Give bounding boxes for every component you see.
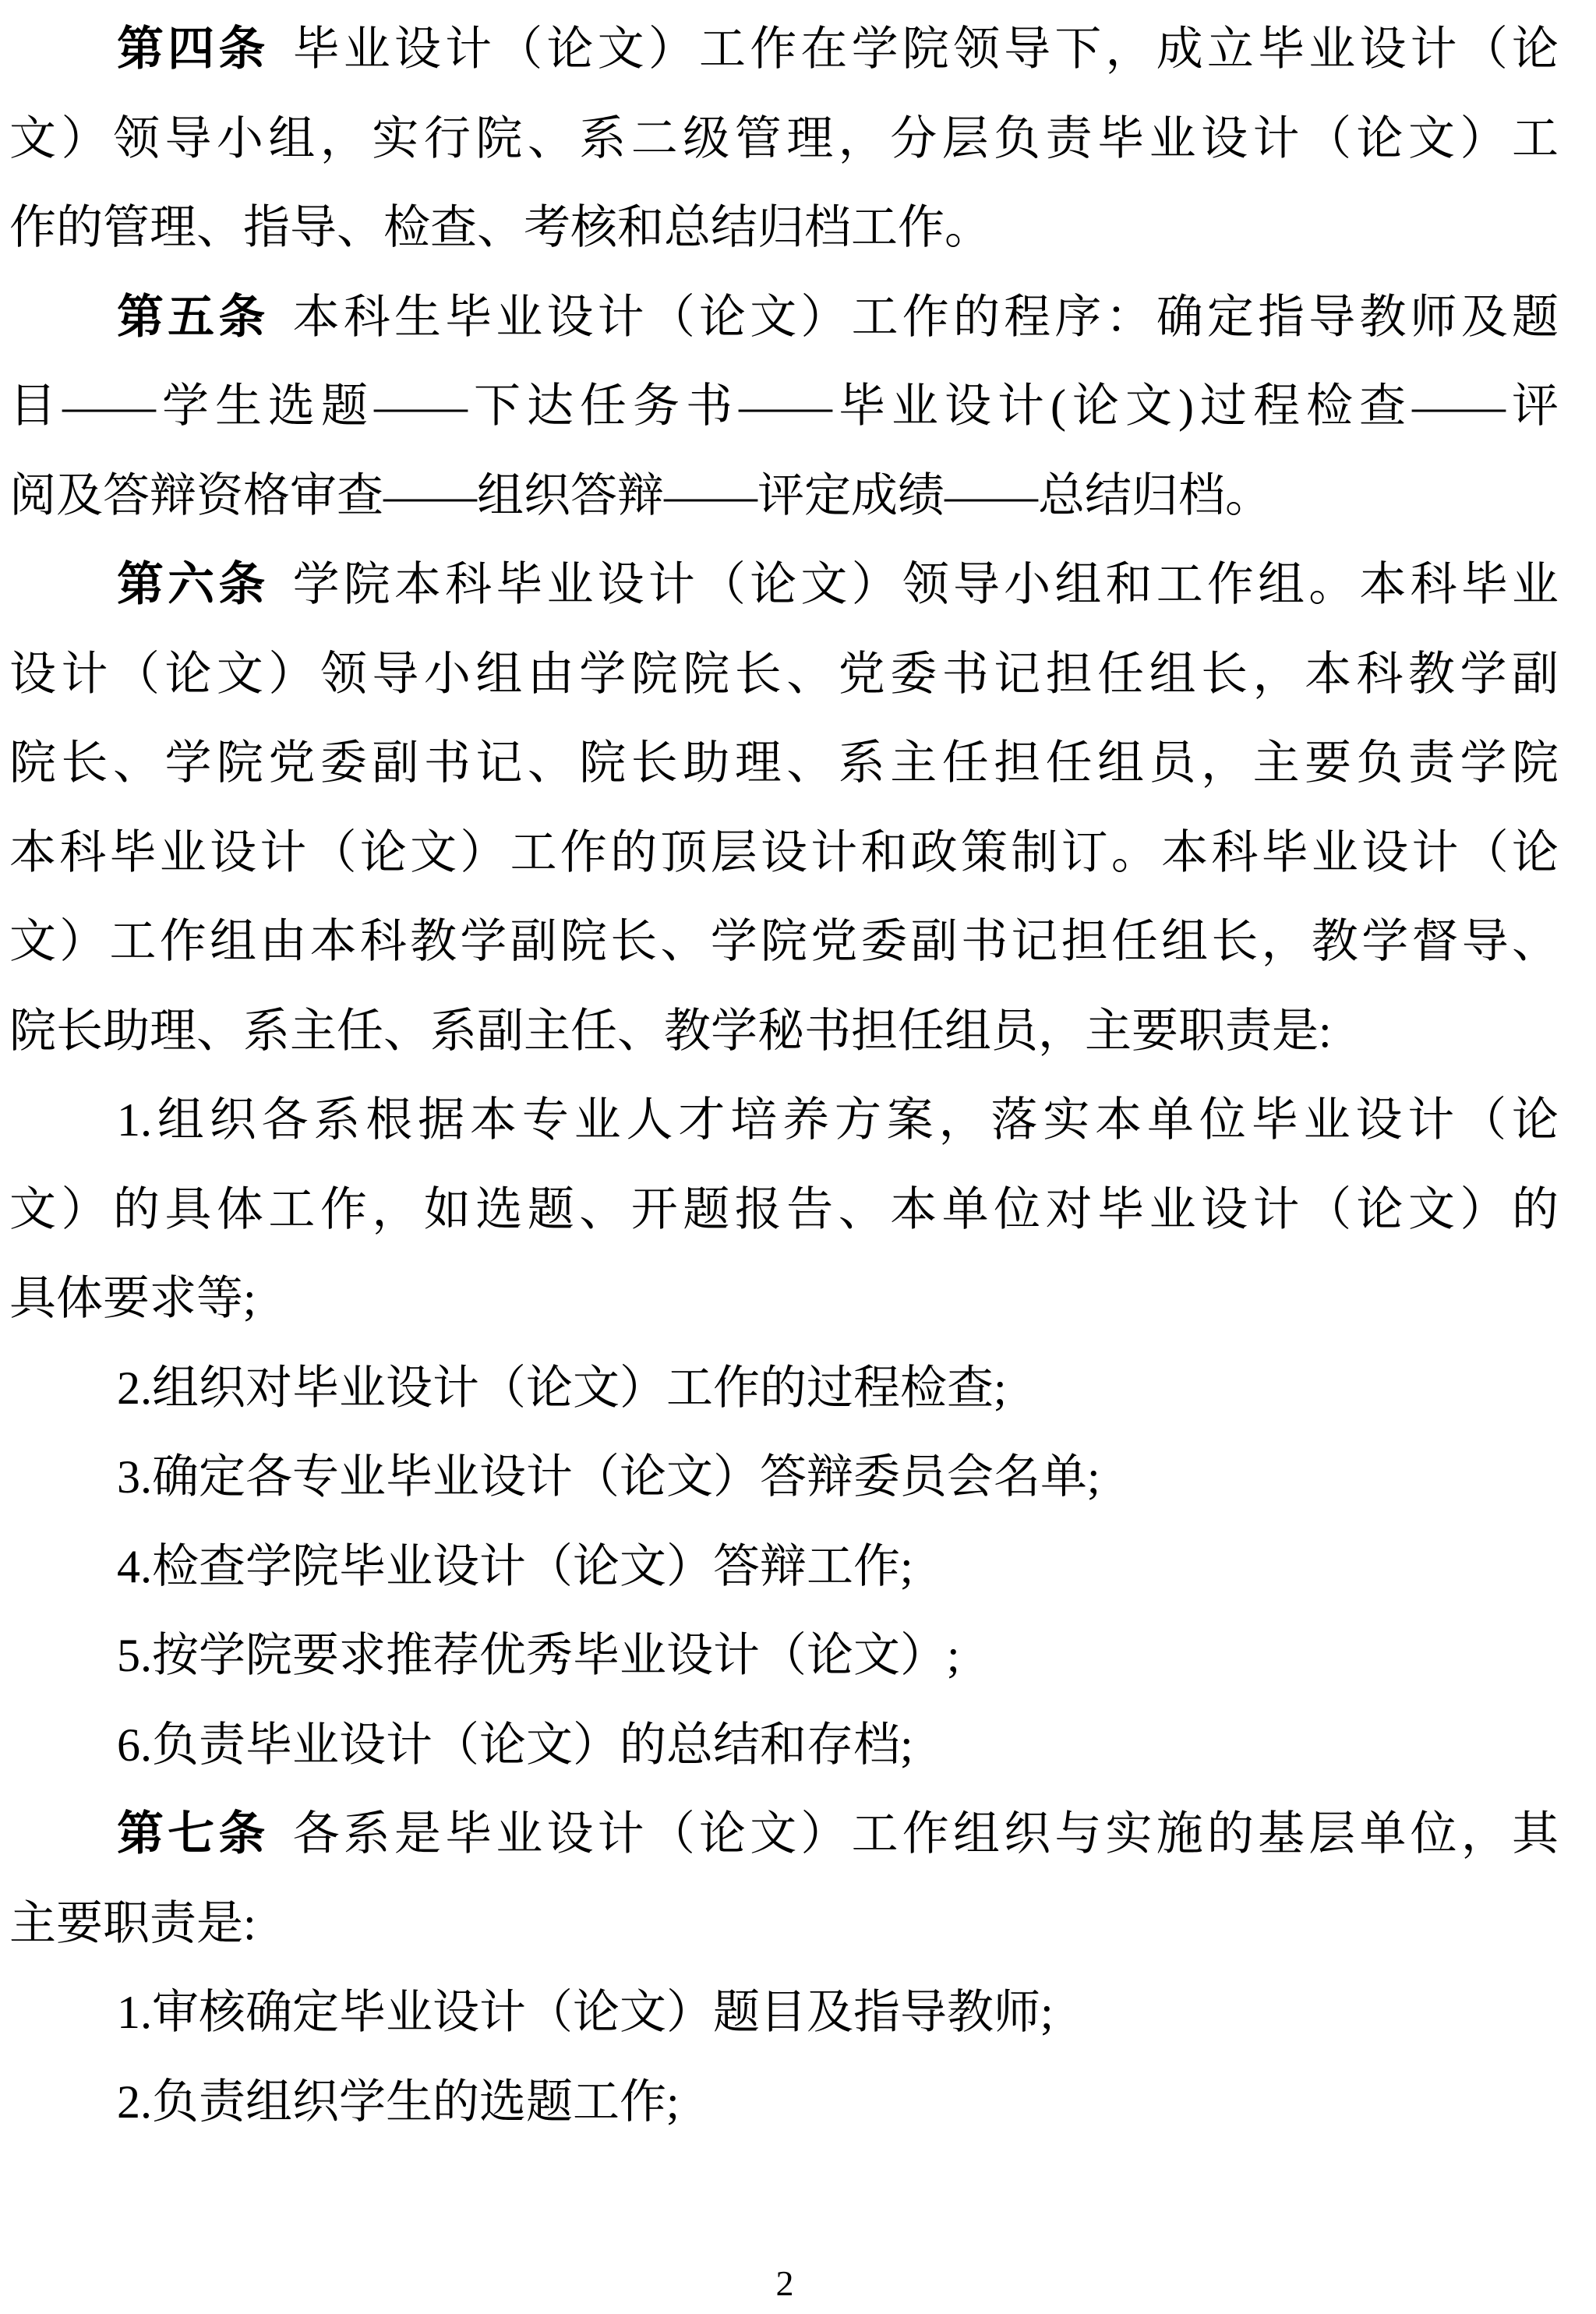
line-text: 4.检查学院毕业设计（论文）答辩工作; (117, 1541, 913, 1592)
article-number-heading: 第五条 (117, 291, 270, 343)
text-line: 第五条本科生毕业设计（论文）工作的程序：确定指导教师及题 (9, 273, 1559, 362)
line-text: 本科毕业设计（论文）工作的顶层设计和政策制订。本科毕业设计（论 (9, 827, 1559, 878)
text-line: 目——学生选题——下达任务书——毕业设计(论文)过程检查——评 (9, 362, 1559, 451)
text-line: 6.负责毕业设计（论文）的总结和存档; (9, 1701, 1559, 1790)
article-number-heading: 第六条 (117, 559, 270, 610)
document-page: 第四条毕业设计（论文）工作在学院领导下，成立毕业设计（论文）领导小组，实行院、系… (0, 0, 1596, 2314)
text-line: 1.组织各系根据本专业人才培养方案，落实本单位毕业设计（论 (9, 1076, 1559, 1165)
text-line: 作的管理、指导、检查、考核和总结归档工作。 (9, 183, 1559, 273)
text-line: 第四条毕业设计（论文）工作在学院领导下，成立毕业设计（论 (9, 5, 1559, 94)
text-line: 院长助理、系主任、系副主任、教学秘书担任组员，主要职责是: (9, 987, 1559, 1076)
text-line: 5.按学院要求推荐优秀毕业设计（论文）; (9, 1611, 1559, 1701)
line-text: 院长助理、系主任、系副主任、教学秘书担任组员，主要职责是: (9, 1005, 1332, 1057)
line-text: 院长、学院党委副书记、院长助理、系主任担任组员，主要负责学院 (9, 737, 1559, 789)
text-line: 阅及答辩资格审查——组织答辩——评定成绩——总结归档。 (9, 451, 1559, 541)
text-line: 文）工作组由本科教学副院长、学院党委副书记担任组长，教学督导、 (9, 897, 1559, 987)
line-text: 1.审核确定毕业设计（论文）题目及指导教师; (117, 1987, 1054, 2038)
line-text: 学院本科毕业设计（论文）领导小组和工作组。本科毕业 (293, 559, 1559, 610)
text-line: 主要职责是: (9, 1879, 1559, 1969)
line-text: 具体要求等; (9, 1273, 256, 1324)
text-block: 第四条毕业设计（论文）工作在学院领导下，成立毕业设计（论文）领导小组，实行院、系… (9, 5, 1559, 2146)
line-text: 6.负责毕业设计（论文）的总结和存档; (117, 1719, 913, 1771)
text-line: 文）的具体工作，如选题、开题报告、本单位对毕业设计（论文）的 (9, 1165, 1559, 1255)
text-line: 文）领导小组，实行院、系二级管理，分层负责毕业设计（论文）工 (9, 94, 1559, 184)
line-text: 1.组织各系根据本专业人才培养方案，落实本单位毕业设计（论 (117, 1094, 1559, 1146)
article-number-heading: 第四条 (117, 23, 270, 75)
line-text: 文）工作组由本科教学副院长、学院党委副书记担任组长，教学督导、 (9, 916, 1559, 967)
line-text: 5.按学院要求推荐优秀毕业设计（论文）; (117, 1630, 960, 1681)
text-line: 第七条各系是毕业设计（论文）工作组织与实施的基层单位，其 (9, 1789, 1559, 1879)
line-text: 作的管理、指导、检查、考核和总结归档工作。 (9, 202, 991, 253)
line-text: 各系是毕业设计（论文）工作组织与实施的基层单位，其 (293, 1808, 1559, 1860)
text-line: 1.审核确定毕业设计（论文）题目及指导教师; (9, 1968, 1559, 2058)
line-text: 2.负责组织学生的选题工作; (117, 2076, 680, 2128)
page-number: 2 (0, 2260, 1570, 2307)
text-line: 院长、学院党委副书记、院长助理、系主任担任组员，主要负责学院 (9, 719, 1559, 808)
line-text: 文）领导小组，实行院、系二级管理，分层负责毕业设计（论文）工 (9, 113, 1559, 164)
line-text: 设计（论文）领导小组由学院院长、党委书记担任组长，本科教学副 (9, 648, 1559, 700)
line-text: 主要职责是: (9, 1898, 256, 1949)
line-text: 文）的具体工作，如选题、开题报告、本单位对毕业设计（论文）的 (9, 1184, 1559, 1235)
text-line: 设计（论文）领导小组由学院院长、党委书记担任组长，本科教学副 (9, 630, 1559, 719)
line-text: 本科生毕业设计（论文）工作的程序：确定指导教师及题 (293, 291, 1559, 343)
line-text: 2.组织对毕业设计（论文）工作的过程检查; (117, 1362, 1007, 1414)
text-line: 具体要求等; (9, 1254, 1559, 1344)
line-text: 3.确定各专业毕业设计（论文）答辩委员会名单; (117, 1451, 1100, 1503)
text-line: 第六条学院本科毕业设计（论文）领导小组和工作组。本科毕业 (9, 540, 1559, 630)
text-line: 3.确定各专业毕业设计（论文）答辩委员会名单; (9, 1433, 1559, 1522)
text-line: 2.组织对毕业设计（论文）工作的过程检查; (9, 1344, 1559, 1433)
line-text: 目——学生选题——下达任务书——毕业设计(论文)过程检查——评 (9, 380, 1559, 432)
text-line: 2.负责组织学生的选题工作; (9, 2058, 1559, 2147)
article-number-heading: 第七条 (117, 1808, 270, 1860)
line-text: 阅及答辩资格审查——组织答辩——评定成绩——总结归档。 (9, 470, 1272, 521)
text-line: 4.检查学院毕业设计（论文）答辩工作; (9, 1522, 1559, 1612)
text-line: 本科毕业设计（论文）工作的顶层设计和政策制订。本科毕业设计（论 (9, 808, 1559, 898)
line-text: 毕业设计（论文）工作在学院领导下，成立毕业设计（论 (293, 23, 1559, 75)
